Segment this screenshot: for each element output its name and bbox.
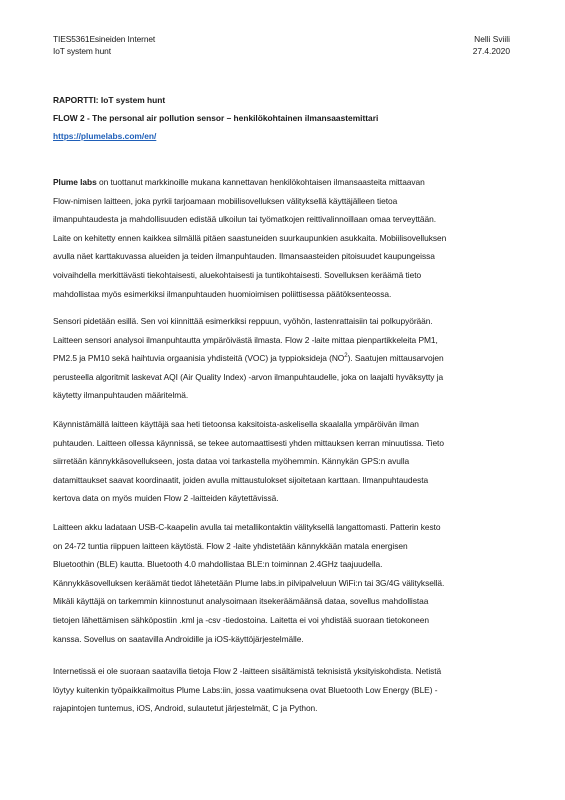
paragraph-technical-details: Internetissä ei ole suoraan saatavilla t… (53, 662, 515, 718)
paragraph-line: puhtauden. Laitteen ollessa käynnissä, s… (53, 434, 515, 453)
paragraph-line: Laitteen sensori analysoi ilmanpuhtautta… (53, 331, 515, 350)
paragraph-line: käytetty ilmanpuhtauden määritelmä. (53, 386, 515, 405)
paragraph-battery-connectivity: Laitteen akku ladataan USB-C-kaapelin av… (53, 518, 515, 648)
paragraph-line: ilmanpuhtaudesta ja mahdollisuuden edist… (53, 210, 515, 229)
paragraph-line: Flow-nimisen laitteen, joka pyrkii tarjo… (53, 192, 515, 211)
paragraph-line: Bluetoothin (BLE) kautta. Bluetooth 4.0 … (53, 555, 515, 574)
paragraph-line: PM2.5 ja PM10 sekä haihtuvia orgaanisia … (53, 349, 515, 368)
assignment-title: IoT system hunt (53, 45, 155, 57)
company-name: Plume labs (53, 177, 97, 187)
paragraph-line: Laite on kehitetty ennen kaikkea silmäll… (53, 229, 515, 248)
paragraph-line: Käynnistämällä laitteen käyttäjä saa het… (53, 415, 515, 434)
document-page: TIES5361Esineiden Internet IoT system hu… (0, 0, 565, 800)
plumelabs-link[interactable]: https://plumelabs.com/en/ (53, 131, 156, 141)
paragraph-line: avulla näet karttakuvassa alueiden ja te… (53, 247, 515, 266)
paragraph-line: Sensori pidetään esillä. Sen voi kiinnit… (53, 312, 515, 331)
report-title: RAPORTTI: IoT system hunt (53, 94, 165, 106)
paragraph-line: perusteella algoritmit laskevat AQI (Air… (53, 368, 515, 387)
paragraph-line: kertova data on myös muiden Flow 2 -lait… (53, 489, 515, 508)
paragraph-line: Plume labs on tuottanut markkinoille muk… (53, 173, 515, 192)
paragraph-line: voivaihdella merkittävästi tiekohtaisest… (53, 266, 515, 285)
course-title: TIES5361Esineiden Internet (53, 33, 155, 45)
paragraph-sensor: Sensori pidetään esillä. Sen voi kiinnit… (53, 312, 515, 405)
paragraph-line: löytyy kuitenkin työpaikkailmoitus Plume… (53, 681, 515, 700)
paragraph-line: rajapintojen tuntemus, iOS, Android, sul… (53, 699, 515, 718)
paragraph-line: kanssa. Sovellus on saatavilla Androidil… (53, 630, 515, 649)
author-name: Nelli Sviili (473, 33, 510, 45)
header-left: TIES5361Esineiden Internet IoT system hu… (53, 33, 155, 57)
paragraph-line: Laitteen akku ladataan USB-C-kaapelin av… (53, 518, 515, 537)
report-subtitle: FLOW 2 - The personal air pollution sens… (53, 112, 378, 124)
paragraph-intro: Plume labs on tuottanut markkinoille muk… (53, 173, 515, 303)
paragraph-line: Internetissä ei ole suoraan saatavilla t… (53, 662, 515, 681)
header-right: Nelli Sviili 27.4.2020 (473, 33, 510, 57)
paragraph-line: tietojen lähettämisen sähköpostiin .kml … (53, 611, 515, 630)
paragraph-line: Kännykkäsovelluksen keräämät tiedot lähe… (53, 574, 515, 593)
paragraph-line: mahdollistaa myös esimerkiksi ilmanpuhta… (53, 285, 515, 304)
paragraph-line: Mikäli käyttäjä on tarkemmin kiinnostunu… (53, 592, 515, 611)
paragraph-usage: Käynnistämällä laitteen käyttäjä saa het… (53, 415, 515, 508)
document-date: 27.4.2020 (473, 45, 510, 57)
paragraph-line: on 24-72 tuntia riippuen laitteen käytös… (53, 537, 515, 556)
paragraph-line: datamittaukset saavat koordinaatit, joid… (53, 471, 515, 490)
paragraph-line: siirretään kännykkäsovellukseen, josta d… (53, 452, 515, 471)
